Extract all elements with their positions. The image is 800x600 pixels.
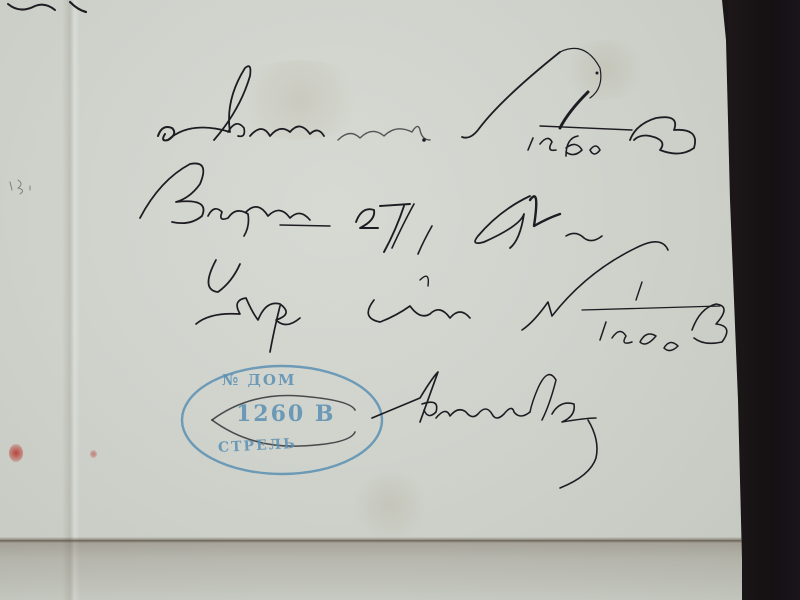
line-2-strokes xyxy=(140,163,602,254)
line-4-strokes xyxy=(372,372,597,488)
line-3-strokes xyxy=(196,242,727,352)
line-1-strokes xyxy=(158,48,695,156)
document-photo: № ДОМ 1260 В СТРЕЛЬ xyxy=(0,0,800,600)
handwriting xyxy=(0,0,800,600)
